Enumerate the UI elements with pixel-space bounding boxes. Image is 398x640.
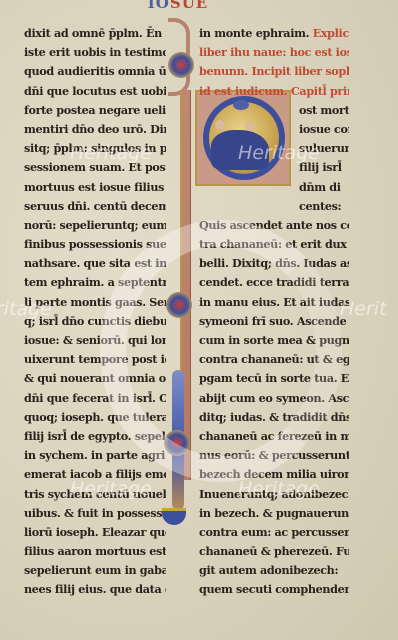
text-line: uibus. & fuit in possessione fi (24, 504, 166, 523)
watermark-text: Herit (340, 298, 387, 320)
text-line: ost mortē (199, 101, 349, 120)
text-line: in monte ephraim. Explic (199, 24, 349, 43)
manuscript-page: IOSUE dixit ad omnē p̄plm. Ēn lapis iste… (0, 0, 398, 640)
text-line: dn̄i que locutus est uobis: ne (24, 82, 166, 101)
running-head-part1: IO (148, 0, 170, 12)
text-line: filius aaron mortuus est: & (24, 542, 166, 561)
text-line: centes: (199, 197, 349, 216)
running-head: IOSUE (138, 0, 218, 12)
text-line: mentiri dn̄o deo urō. Dimi (24, 120, 166, 139)
rubric-line: liber ihu naue: hoc est iosue (199, 43, 349, 62)
text-line: forte postea negare uelitis: & (24, 101, 166, 120)
watermark-text: Heritage (238, 142, 320, 164)
running-head-part2: SUE (170, 0, 208, 12)
text-line: mortuus est iosue filius nun. (24, 178, 166, 197)
text-line: in bezech. & pugnauerunt (199, 504, 349, 523)
rubric-line: id est iudicum. Capitl̄ primū (199, 82, 349, 101)
text-line: quem secuti comphenderūt. (199, 580, 349, 599)
rubric-text: Explic (313, 26, 349, 40)
text-line: chananeū & pherezeū. Fu (199, 542, 349, 561)
text-line: seruus dn̄i. centū decem an (24, 197, 166, 216)
initial-foot-flourish (162, 508, 186, 525)
watermark-text: Heritage (70, 142, 152, 164)
text-line: dixit ad omnē p̄plm. Ēn lapis (24, 24, 166, 43)
watermark-text: Heritage (238, 478, 320, 500)
text-line: dn̄m di (199, 178, 349, 197)
text-line: contra eum: ac percusserunt (199, 523, 349, 542)
text-line: liorū ioseph. Eleazar quoq; (24, 523, 166, 542)
text-line: git autem adonibezech: (199, 561, 349, 580)
text-line: iste erit uobis in testimonīū. (24, 43, 166, 62)
text-line: quod audieritis omnia ūba (24, 62, 166, 81)
rubric-line: benunn. Incipit liber sophtim (199, 62, 349, 81)
watermark-text: Heritage (70, 478, 152, 500)
initial-knot-ornament (168, 52, 194, 78)
watermark-logo (100, 220, 342, 482)
watermark-text: ritage (0, 298, 52, 320)
text-line: sepelierunt eum in gabaath fi (24, 561, 166, 580)
text-line: norū: sepelieruntq; eum in (24, 216, 166, 235)
text-line: iosue con (199, 120, 349, 139)
text-line: nees filij eius. que data est ei (24, 580, 166, 599)
